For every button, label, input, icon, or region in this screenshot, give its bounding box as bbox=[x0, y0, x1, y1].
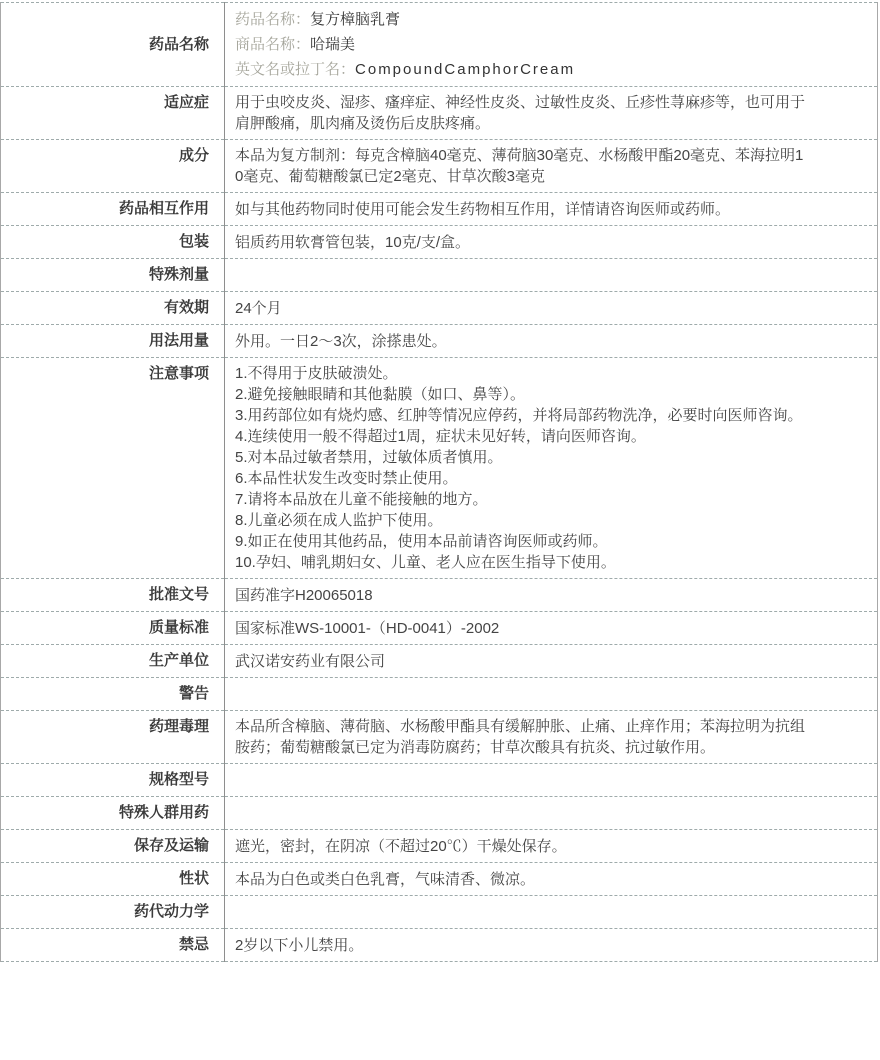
row-content-expiry-period: 24个月 bbox=[225, 292, 878, 325]
row-header-packaging: 包装 bbox=[1, 226, 225, 259]
trade-name-label: 商品名称： bbox=[235, 36, 310, 53]
row-header-precautions: 注意事项 bbox=[1, 358, 225, 579]
row-header-special-dosage: 特殊剂量 bbox=[1, 259, 225, 292]
drug-name-field-line: 药品名称：复方樟脑乳膏 bbox=[235, 7, 867, 32]
row-header-properties: 性状 bbox=[1, 863, 225, 896]
row-content-ingredients: 本品为复方制剂：每克含樟脑40毫克、薄荷脑30毫克、水杨酸甲酯20毫克、苯海拉明… bbox=[225, 140, 878, 193]
row-header-approval-number: 批准文号 bbox=[1, 579, 225, 612]
drug-info-table-body: 药品名称 药品名称：复方樟脑乳膏 商品名称：哈瑞美 英文名或拉丁名：Compou… bbox=[1, 3, 878, 962]
table-row-ingredients: 成分 本品为复方制剂：每克含樟脑40毫克、薄荷脑30毫克、水杨酸甲酯20毫克、苯… bbox=[1, 140, 878, 193]
table-row-specification-model: 规格型号 bbox=[1, 764, 878, 797]
row-header-drug-interactions: 药品相互作用 bbox=[1, 193, 225, 226]
table-row-properties: 性状 本品为白色或类白色乳膏，气味清香、微凉。 bbox=[1, 863, 878, 896]
row-header-warning: 警告 bbox=[1, 678, 225, 711]
table-row-expiry-period: 有效期 24个月 bbox=[1, 292, 878, 325]
row-header-contraindications: 禁忌 bbox=[1, 929, 225, 962]
row-content-warning bbox=[225, 678, 878, 711]
row-header-special-population-medication: 特殊人群用药 bbox=[1, 797, 225, 830]
generic-name-value: 复方樟脑乳膏 bbox=[310, 11, 400, 28]
row-content-storage-and-transport: 遮光，密封，在阴凉（不超过20℃）干燥处保存。 bbox=[225, 830, 878, 863]
row-content-properties: 本品为白色或类白色乳膏，气味清香、微凉。 bbox=[225, 863, 878, 896]
table-row-indications: 适应症 用于虫咬皮炎、湿疹、瘙痒症、神经性皮炎、过敏性皮炎、丘疹性荨麻疹等，也可… bbox=[1, 87, 878, 140]
trade-name-value: 哈瑞美 bbox=[310, 36, 355, 53]
row-header-storage-and-transport: 保存及运输 bbox=[1, 830, 225, 863]
row-header-specification-model: 规格型号 bbox=[1, 764, 225, 797]
table-row-pharmacokinetics: 药代动力学 bbox=[1, 896, 878, 929]
table-row-drug-name: 药品名称 药品名称：复方樟脑乳膏 商品名称：哈瑞美 英文名或拉丁名：Compou… bbox=[1, 3, 878, 87]
latin-name-label: 英文名或拉丁名： bbox=[235, 61, 355, 78]
table-row-warning: 警告 bbox=[1, 678, 878, 711]
row-content-pharmacokinetics bbox=[225, 896, 878, 929]
row-header-expiry-period: 有效期 bbox=[1, 292, 225, 325]
row-content-special-population-medication bbox=[225, 797, 878, 830]
table-row-usage-and-dosage: 用法用量 外用。一日2～3次，涂搽患处。 bbox=[1, 325, 878, 358]
row-content-quality-standard: 国家标准WS-10001-（HD-0041）-2002 bbox=[225, 612, 878, 645]
table-row-storage-and-transport: 保存及运输 遮光，密封，在阴凉（不超过20℃）干燥处保存。 bbox=[1, 830, 878, 863]
latin-name-value: CompoundCamphorCream bbox=[355, 61, 575, 78]
table-row-pharmacology-toxicology: 药理毒理 本品所含樟脑、薄荷脑、水杨酸甲酯具有缓解肿胀、止痛、止痒作用；苯海拉明… bbox=[1, 711, 878, 764]
row-header-indications: 适应症 bbox=[1, 87, 225, 140]
row-content-approval-number: 国药准字H20065018 bbox=[225, 579, 878, 612]
row-header-usage-and-dosage: 用法用量 bbox=[1, 325, 225, 358]
table-row-approval-number: 批准文号 国药准字H20065018 bbox=[1, 579, 878, 612]
row-content-packaging: 铝质药用软膏管包装，10克/支/盒。 bbox=[225, 226, 878, 259]
row-content-drug-interactions: 如与其他药物同时使用可能会发生药物相互作用，详情请咨询医师或药师。 bbox=[225, 193, 878, 226]
row-content-drug-name: 药品名称：复方樟脑乳膏 商品名称：哈瑞美 英文名或拉丁名：CompoundCam… bbox=[225, 3, 878, 87]
row-content-precautions: 1.不得用于皮肤破溃处。 2.避免接触眼睛和其他黏膜（如口、鼻等）。 3.用药部… bbox=[225, 358, 878, 579]
table-row-special-population-medication: 特殊人群用药 bbox=[1, 797, 878, 830]
row-content-specification-model bbox=[225, 764, 878, 797]
table-row-drug-interactions: 药品相互作用 如与其他药物同时使用可能会发生药物相互作用，详情请咨询医师或药师。 bbox=[1, 193, 878, 226]
latin-name-field-line: 英文名或拉丁名：CompoundCamphorCream bbox=[235, 57, 867, 82]
row-header-pharmacokinetics: 药代动力学 bbox=[1, 896, 225, 929]
row-content-manufacturer: 武汉诺安药业有限公司 bbox=[225, 645, 878, 678]
row-content-contraindications: 2岁以下小儿禁用。 bbox=[225, 929, 878, 962]
row-content-usage-and-dosage: 外用。一日2～3次，涂搽患处。 bbox=[225, 325, 878, 358]
row-header-manufacturer: 生产单位 bbox=[1, 645, 225, 678]
row-content-pharmacology-toxicology: 本品所含樟脑、薄荷脑、水杨酸甲酯具有缓解肿胀、止痛、止痒作用；苯海拉明为抗组胺药… bbox=[225, 711, 878, 764]
table-row-precautions: 注意事项 1.不得用于皮肤破溃处。 2.避免接触眼睛和其他黏膜（如口、鼻等）。 … bbox=[1, 358, 878, 579]
table-row-contraindications: 禁忌 2岁以下小儿禁用。 bbox=[1, 929, 878, 962]
row-content-indications: 用于虫咬皮炎、湿疹、瘙痒症、神经性皮炎、过敏性皮炎、丘疹性荨麻疹等，也可用于肩胛… bbox=[225, 87, 878, 140]
table-row-special-dosage: 特殊剂量 bbox=[1, 259, 878, 292]
table-row-packaging: 包装 铝质药用软膏管包装，10克/支/盒。 bbox=[1, 226, 878, 259]
table-row-manufacturer: 生产单位 武汉诺安药业有限公司 bbox=[1, 645, 878, 678]
row-content-special-dosage bbox=[225, 259, 878, 292]
row-header-pharmacology-toxicology: 药理毒理 bbox=[1, 711, 225, 764]
table-row-quality-standard: 质量标准 国家标准WS-10001-（HD-0041）-2002 bbox=[1, 612, 878, 645]
row-header-quality-standard: 质量标准 bbox=[1, 612, 225, 645]
row-header-ingredients: 成分 bbox=[1, 140, 225, 193]
drug-info-table: 药品名称 药品名称：复方樟脑乳膏 商品名称：哈瑞美 英文名或拉丁名：Compou… bbox=[0, 2, 878, 962]
generic-name-label: 药品名称： bbox=[235, 11, 310, 28]
trade-name-field-line: 商品名称：哈瑞美 bbox=[235, 32, 867, 57]
row-header-drug-name: 药品名称 bbox=[1, 3, 225, 87]
